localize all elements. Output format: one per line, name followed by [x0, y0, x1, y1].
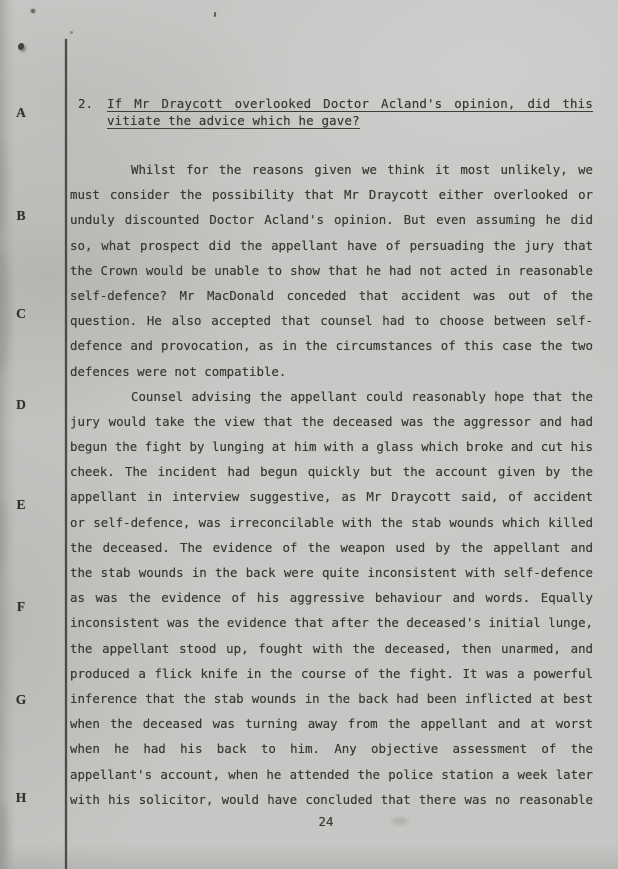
scanned-document-page: ABCDEFGH 2. If Mr Draycott overlooked Do… [0, 0, 618, 869]
margin-letter-f: F [11, 600, 31, 614]
scan-edge-smudge [0, 250, 10, 370]
ink-speck [214, 12, 217, 17]
margin-letter-d: D [11, 398, 31, 412]
body-line: the stab wounds in the back were quite i… [70, 560, 593, 585]
body-line: the deceased. The evidence of the weapon… [70, 535, 593, 560]
body-line: unduly discounted Doctor Acland's opinio… [70, 207, 593, 232]
scan-edge-smudge [0, 800, 8, 869]
body-line: the appellant stood up, fought with the … [70, 636, 593, 661]
body-line: so, what prospect did the appellant have… [70, 233, 593, 258]
section-heading-line-2: vitiate the advice which he gave? [107, 113, 593, 130]
margin-letter-e: E [11, 498, 31, 512]
body-line: self-defence? Mr MacDonald conceded that… [70, 283, 593, 308]
page-number: 24 [306, 814, 346, 829]
body-text: Whilst for the reasons given we think it… [70, 157, 593, 812]
ink-speck [70, 31, 73, 34]
margin-letter-c: C [11, 307, 31, 321]
body-line: when the deceased was turning away from … [70, 711, 593, 736]
margin-letter-h: H [11, 791, 31, 805]
section-heading: If Mr Draycott overlooked Doctor Acland'… [107, 96, 593, 129]
scan-edge-smudge [0, 140, 6, 230]
body-line: defences were not compatible. [70, 359, 593, 384]
body-line: produced a flick knife in the course of … [70, 661, 593, 686]
body-line: appellant's account, when he attended th… [70, 762, 593, 787]
ink-speck [18, 43, 24, 50]
margin-letter-g: G [11, 693, 31, 707]
body-line: inconsistent was the evidence that after… [70, 610, 593, 635]
scan-edge-smudge [0, 500, 6, 570]
body-line: Counsel advising the appellant could rea… [70, 384, 593, 409]
body-line: question. He also accepted that counsel … [70, 308, 593, 333]
body-line: inference that the stab wounds in the ba… [70, 686, 593, 711]
body-line: the Crown would be unable to show that h… [70, 258, 593, 283]
body-line: Whilst for the reasons given we think it… [70, 157, 593, 182]
body-line: must consider the possibility that Mr Dr… [70, 182, 593, 207]
body-line: begun the fight by lunging at him with a… [70, 434, 593, 459]
scan-smudge [392, 818, 408, 824]
body-line: when he had his back to him. Any objecti… [70, 736, 593, 761]
margin-letter-a: A [11, 106, 31, 120]
section-number: 2. [78, 96, 93, 113]
body-line: jury would take the view that the deceas… [70, 409, 593, 434]
margin-letter-b: B [11, 209, 31, 223]
section-heading-line-1: If Mr Draycott overlooked Doctor Acland'… [107, 96, 593, 113]
body-line: as was the evidence of his aggressive be… [70, 585, 593, 610]
body-line: cheek. The incident had begun quickly bu… [70, 459, 593, 484]
body-line: with his solicitor, would have concluded… [70, 787, 593, 812]
body-line: defence and provocation, as in the circu… [70, 333, 593, 358]
ink-speck [31, 9, 35, 13]
margin-rule-line [65, 39, 67, 869]
body-line: or self-defence, was irreconcilable with… [70, 510, 593, 535]
body-line: appellant in interview suggestive, as Mr… [70, 484, 593, 509]
